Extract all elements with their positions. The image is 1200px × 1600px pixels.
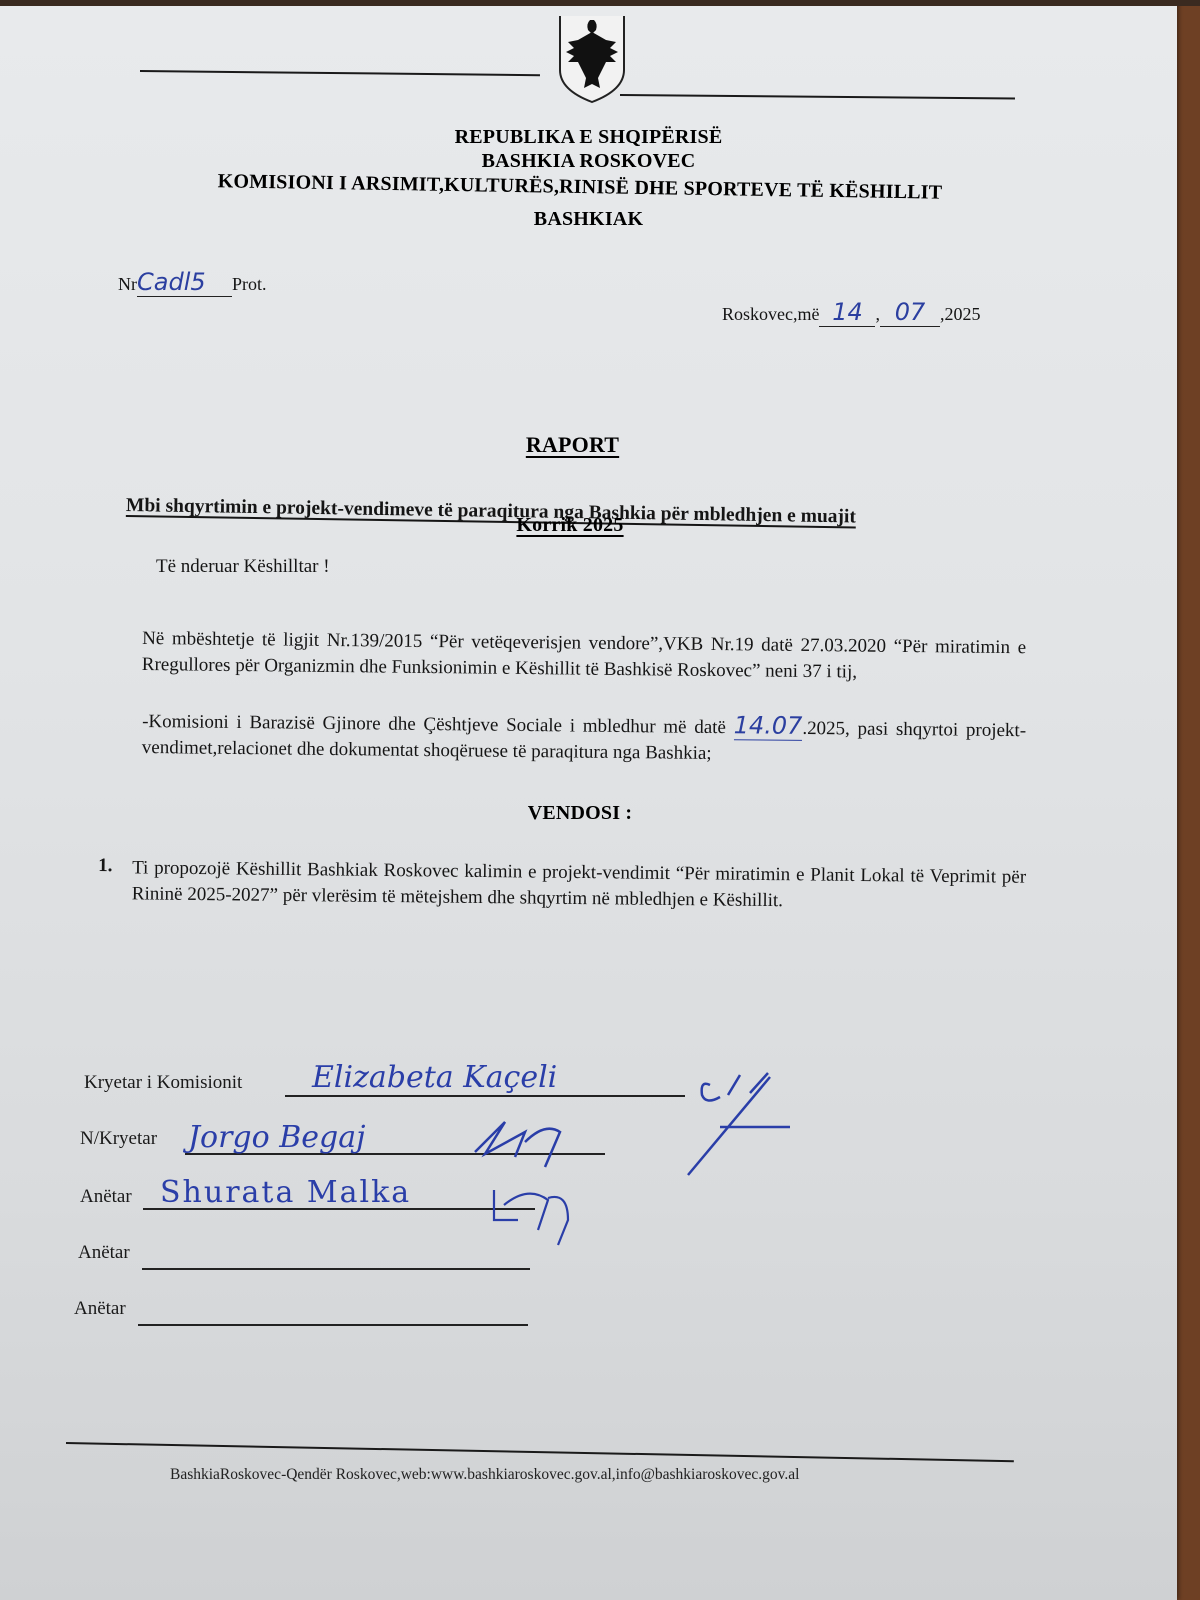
date-month: 07	[880, 298, 940, 327]
header-commission: KOMISIONI I ARSIMIT,KULTURËS,RINISË DHE …	[160, 169, 1000, 205]
signature-vice-chair-handwritten: Jorgo Begaj	[188, 1120, 365, 1155]
date-day: 14	[819, 298, 875, 327]
signature-scrawl-member-1-icon	[488, 1180, 578, 1250]
place-label: Roskovec,më	[722, 304, 819, 324]
signature-member-1-handwritten: Shurata Malka	[160, 1175, 411, 1210]
commission-paragraph: -Komisioni i Barazisë Gjinore dhe Çështj…	[142, 706, 1027, 770]
signature-scrawl-chair-icon	[680, 1065, 810, 1180]
report-subtitle-line2: Korrik 2025	[0, 514, 1140, 537]
signature-label-vice-chair: N/Kryetar	[80, 1128, 157, 1150]
signature-label-member-2: Anëtar	[78, 1242, 130, 1264]
header-rule-left	[140, 70, 540, 76]
protocol-number: NrCadl5Prot.	[118, 268, 267, 297]
commission-paragraph-start: -Komisioni i Barazisë Gjinore dhe Çështj…	[142, 711, 734, 738]
footer-rule	[66, 1442, 1014, 1462]
decision-heading: VENDOSI :	[0, 802, 1160, 825]
signature-label-member-1: Anëtar	[80, 1186, 132, 1208]
signature-line-member-3	[138, 1324, 528, 1326]
salutation: Të nderuar Këshilltar !	[156, 556, 330, 578]
decision-text: Ti propozojë Këshillit Bashkiak Roskovec…	[132, 855, 1026, 916]
meeting-date-handwritten: 14.07	[734, 711, 803, 741]
date-year: ,2025	[940, 304, 981, 324]
signature-chair-handwritten: Elizabeta Kaçeli	[312, 1060, 557, 1095]
signature-label-member-3: Anëtar	[74, 1298, 126, 1320]
nr-label: Nr	[118, 274, 137, 294]
albanian-eagle-emblem-icon	[556, 12, 628, 104]
header-rule-right	[620, 94, 1015, 99]
legal-basis-paragraph: Në mbështetje të ligjit Nr.139/2015 “Për…	[142, 626, 1026, 687]
signature-label-chair: Kryetar i Komisionit	[84, 1072, 242, 1094]
signature-line-chair	[285, 1095, 685, 1097]
footer-contact: BashkiaRoskovec-Qendër Roskovec,web:www.…	[170, 1466, 799, 1484]
document-page: REPUBLIKA E SHQIPËRISË BASHKIA ROSKOVEC …	[0, 0, 1177, 1600]
date-line: Roskovec,më14,07,2025	[722, 298, 980, 327]
header-republic: REPUBLIKA E SHQIPËRISË	[0, 126, 1177, 149]
signature-line-member-2	[142, 1268, 530, 1270]
prot-label: Prot.	[232, 274, 267, 294]
background-edge	[0, 0, 1200, 6]
decision-number: 1.	[98, 855, 112, 877]
header-council: BASHKIAK	[0, 208, 1177, 231]
signature-scrawl-vice-chair-icon	[465, 1112, 595, 1172]
report-title: RAPORT	[0, 432, 1145, 458]
nr-handwritten-value: Cadl5	[137, 268, 232, 297]
decision-item-1: 1. Ti propozojë Këshillit Bashkiak Rosko…	[98, 855, 1026, 917]
